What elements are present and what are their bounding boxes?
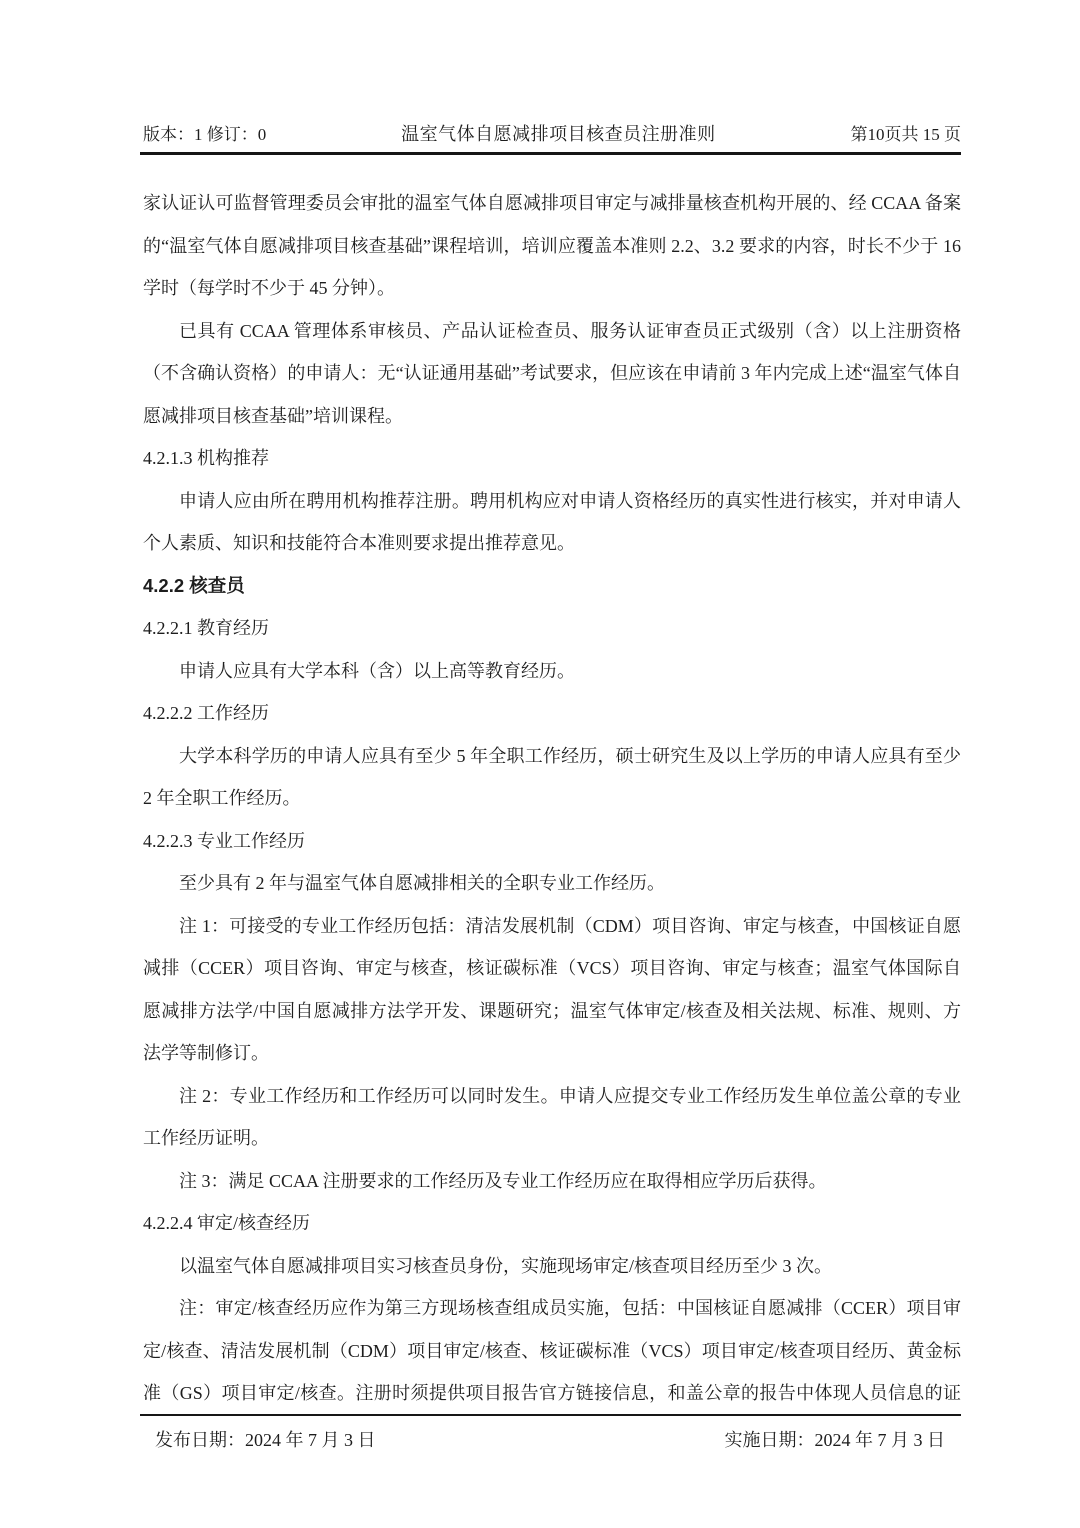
document-body: 家认证认可监督管理委员会审批的温室气体自愿减排项目审定与减排量核查机构开展的、经… <box>143 182 961 1410</box>
paragraph-verification-note: 注：审定/核查经历应作为第三方现场核查组成员实施，包括：中国核证自愿减排（CCE… <box>143 1287 961 1410</box>
paragraph-professional-experience: 至少具有 2 年与温室气体自愿减排相关的全职专业工作经历。 <box>143 862 961 905</box>
version-label: 版本：1 修订：0 <box>143 123 266 147</box>
page-footer: 发布日期：2024 年 7 月 3 日 实施日期：2024 年 7 月 3 日 <box>155 1426 945 1454</box>
footer-rule <box>140 1414 961 1416</box>
publish-date: 发布日期：2024 年 7 月 3 日 <box>155 1426 376 1454</box>
section-heading-4-2-2-2: 4.2.2.2 工作经历 <box>143 692 961 735</box>
section-heading-4-2-2-4: 4.2.2.4 审定/核查经历 <box>143 1202 961 1245</box>
header-rule <box>140 152 961 155</box>
paragraph-institution-recommendation: 申请人应由所在聘用机构推荐注册。聘用机构应对申请人资格经历的真实性进行核实，并对… <box>143 480 961 565</box>
document-page: 版本：1 修订：0 温室气体自愿减排项目核查员注册准则 第10页共 15 页 家… <box>0 0 1080 1528</box>
paragraph-note-3: 注 3：满足 CCAA 注册要求的工作经历及专业工作经历应在取得相应学历后获得。 <box>143 1160 961 1203</box>
paragraph-continued-training: 家认证认可监督管理委员会审批的温室气体自愿减排项目审定与减排量核查机构开展的、经… <box>143 182 961 310</box>
paragraph-education-requirement: 申请人应具有大学本科（含）以上高等教育经历。 <box>143 650 961 693</box>
section-heading-4-2-1-3: 4.2.1.3 机构推荐 <box>143 437 961 480</box>
page-header: 版本：1 修订：0 温室气体自愿减排项目核查员注册准则 第10页共 15 页 <box>143 122 961 147</box>
section-heading-4-2-2: 4.2.2 核查员 <box>143 565 961 608</box>
implement-date: 实施日期：2024 年 7 月 3 日 <box>725 1426 946 1454</box>
document-title: 温室气体自愿减排项目核查员注册准则 <box>401 122 716 146</box>
paragraph-note-1: 注 1：可接受的专业工作经历包括：清洁发展机制（CDM）项目咨询、审定与核查，中… <box>143 905 961 1075</box>
section-heading-4-2-2-3: 4.2.2.3 专业工作经历 <box>143 820 961 863</box>
paragraph-work-experience: 大学本科学历的申请人应具有至少 5 年全职工作经历，硕士研究生及以上学历的申请人… <box>143 735 961 820</box>
paragraph-note-2: 注 2：专业工作经历和工作经历可以同时发生。申请人应提交专业工作经历发生单位盖公… <box>143 1075 961 1160</box>
paragraph-verification-experience: 以温室气体自愿减排项目实习核查员身份，实施现场审定/核查项目经历至少 3 次。 <box>143 1245 961 1288</box>
page-number: 第10页共 15 页 <box>851 123 962 147</box>
paragraph-ccaa-registered-applicants: 已具有 CCAA 管理体系审核员、产品认证检查员、服务认证审查员正式级别（含）以… <box>143 310 961 438</box>
section-heading-4-2-2-1: 4.2.2.1 教育经历 <box>143 607 961 650</box>
